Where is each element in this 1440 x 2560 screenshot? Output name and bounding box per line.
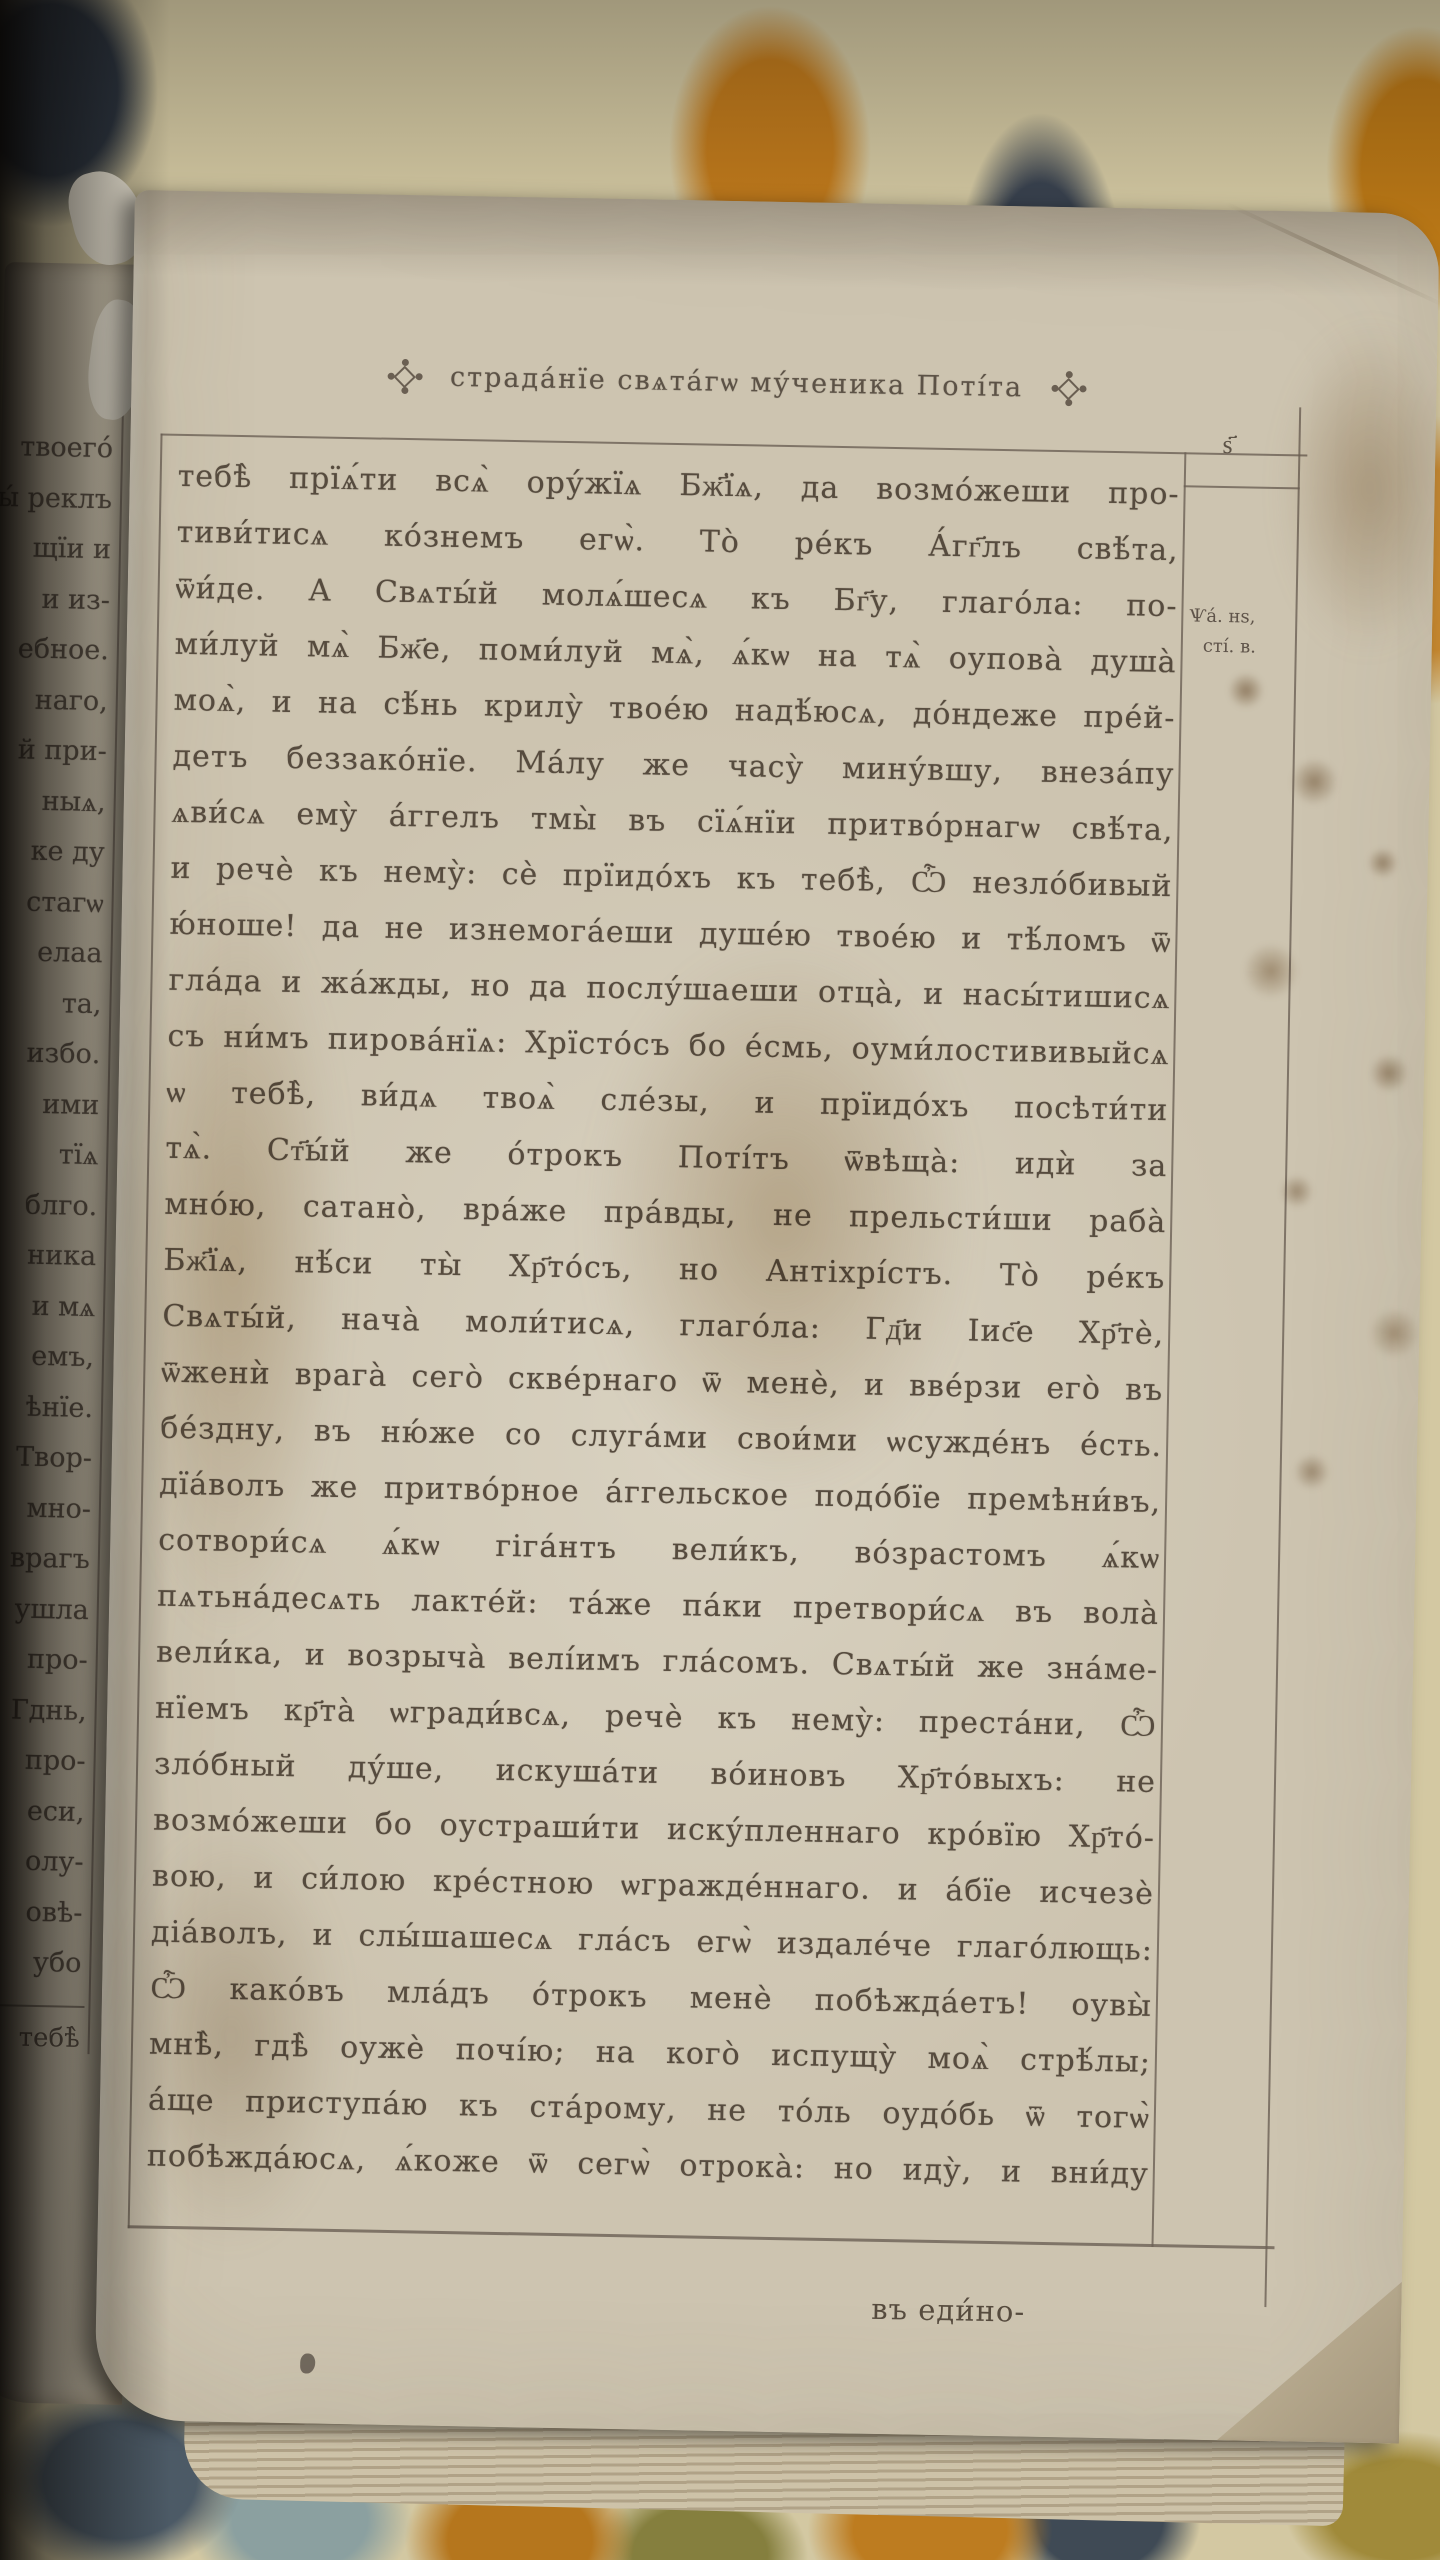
- frame-rule-right-outer: [1264, 407, 1301, 2307]
- book-page: страда́нїе свѧта́гѡ му́ченика Поті́та ѕ҃…: [94, 190, 1440, 2444]
- running-header-title: страда́нїе свѧта́гѡ му́ченика Поті́та: [450, 362, 1024, 403]
- paper-stain: [1277, 321, 1440, 654]
- photo-scene: твоего́ ы́ реклъ щїи и и из- ебное. наго…: [0, 0, 1440, 2560]
- margin-note-psalm-reference: Ѱа́. нѕ, сті́. в.: [1189, 601, 1294, 663]
- torn-corner: [1192, 2268, 1402, 2444]
- page-text-block: тебѣ̀ прїѧ́ти всѧ̀ ору́жїѧ Бж҃їѧ, да воз…: [146, 449, 1180, 2203]
- running-header: страда́нїе свѧта́гѡ му́ченика Поті́та: [166, 357, 1306, 409]
- frame-rule-bottom: [128, 2225, 1275, 2249]
- margin-note-line: сті́. в.: [1189, 631, 1294, 663]
- foxing-spots: [1149, 629, 1440, 1614]
- margin-note-line: Ѱа́. нѕ,: [1189, 601, 1294, 633]
- book-spine-shadow: [0, 0, 170, 2560]
- page-number-box-rule: [1184, 485, 1300, 489]
- rosette-ornament-icon: [390, 361, 421, 392]
- catchword: въ еди́но-: [871, 2292, 1026, 2329]
- rosette-ornament-icon: [1053, 373, 1084, 404]
- page-number: ѕ҃: [1222, 430, 1233, 460]
- ink-blot: [300, 2353, 315, 2373]
